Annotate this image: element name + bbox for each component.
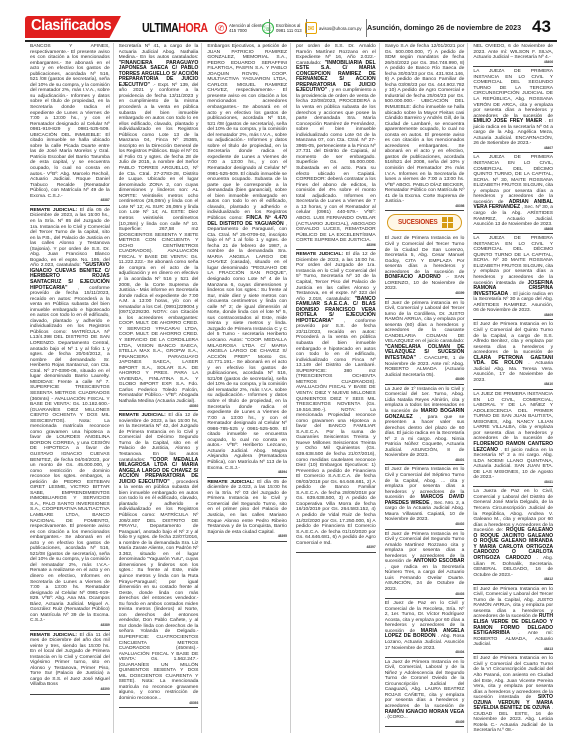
notice-text: El Juez de Primera Instancia en lo Civil… xyxy=(473,322,553,355)
legal-notice: BANCOS Y AFINES, respectivamente.- El pr… xyxy=(30,43,110,206)
notice-code: 48412 xyxy=(473,578,553,582)
notice-code: 48396 xyxy=(296,244,376,248)
column-3: Embargos Ejecutivos, a petición de JUAN … xyxy=(207,43,291,733)
legal-notice: REMATE JUDICIAL: El día 11 del mes de Di… xyxy=(30,632,110,695)
legal-notice: LA JUEZA DE PRIMERA INSTANCIA EN LO CIVI… xyxy=(473,235,553,320)
notice-text: El día 12 de Diciembre de 2023, a las 15… xyxy=(296,252,376,301)
notice-code: 48387 xyxy=(30,199,110,203)
mail-icon: ✉ xyxy=(305,22,317,34)
notice-lead: REMATE JUDICIAL: xyxy=(30,633,77,638)
notice-text: LA JUEZ DE PRIMERA INSTANCIA EN LO CIVIL… xyxy=(473,392,553,441)
notice-lead: REMATE JUDICIAL: xyxy=(119,413,166,418)
notice-text-continued: , que radica en la Secretaría Número Tre… xyxy=(385,565,465,592)
notice-case-title: EMILIO JOSE FREY MAIER xyxy=(473,118,542,124)
section-header-label: SUCESIONES xyxy=(398,219,438,226)
legal-notice: LA JUEZA DE PRIMERA INSTANCIA EN LO CIVI… xyxy=(473,68,553,153)
houses-icon xyxy=(442,217,453,228)
notice-text: El día 12 de noviembre de 2023, a las 15… xyxy=(119,413,199,462)
notice-text: LA JUEZA DE PRIMERA INSTANCIA EN LO CIVI… xyxy=(473,69,553,118)
column-6: NEL OVIEDO, 6 de Noviembre de 2023. Ante… xyxy=(473,43,556,733)
notice-case-title: ANTONIO ESCOBAR xyxy=(413,558,464,564)
notice-code: 48392 xyxy=(119,405,199,409)
notice-text: NEL OVIEDO, 6 de Noviembre de 2023. Ante… xyxy=(473,44,553,60)
email-contact: ✉ avisos@uhora.com.py xyxy=(305,19,367,37)
notice-code: 48413 xyxy=(473,648,553,652)
notice-code: 48393 xyxy=(119,702,199,706)
notice-text: La Juez de Primera Instancia en lo Civil… xyxy=(385,660,465,709)
legal-notice: El Juez de Primera Instancia en lo Civil… xyxy=(385,235,465,298)
notice-code: 48399 xyxy=(385,292,465,296)
classifieds-columns: BANCOS Y AFINES, respectivamente.- El pr… xyxy=(30,43,556,733)
legal-notice: El Juez de Paz en lo Civil y Comercial d… xyxy=(385,600,465,658)
notice-text-continued: , procederá a la venta en pública subast… xyxy=(119,480,199,701)
notice-text-continued: , para que se presenten a hacer valer su… xyxy=(385,415,465,459)
notice-lead: REMATE JUDICIAL: xyxy=(207,480,254,485)
notice-text: El día 05 de Diciembre de 2023, a las 15… xyxy=(30,208,110,268)
notice-code: 48397 xyxy=(296,546,376,550)
column-2: Secretaría Nº 41, a cargo de la Actuaria… xyxy=(119,43,203,733)
legal-notice: Sanyo S.A de fecha 12/01/2021 por Gs. 50… xyxy=(385,43,465,211)
notice-code: 48409 xyxy=(473,314,553,318)
notice-text-continued: . (CORO... xyxy=(385,715,408,720)
notice-text-continued: , y en cumplimiento a la providencia de … xyxy=(296,88,376,243)
notice-code: 48395 xyxy=(207,535,287,539)
legal-notice: por orden de S.S. Dr. Arnaldo Ramón Mart… xyxy=(296,43,376,250)
notice-code: 48405 xyxy=(385,721,465,725)
column-1: BANCOS Y AFINES, respectivamente.- El pr… xyxy=(30,43,114,733)
notice-code: 48406 xyxy=(473,61,553,65)
notice-code: 48403 xyxy=(385,593,465,597)
whatsapp-contact: ☏ Escribinos al0981 111 013 xyxy=(262,19,307,37)
legal-notice: El Juez de primera instancia en lo Civil… xyxy=(385,300,465,385)
header-divider xyxy=(25,40,557,42)
notice-text-continued: .- Expt. Nº 139, del año 2021 y conforme… xyxy=(119,83,199,404)
notice-code: 48411 xyxy=(473,481,553,485)
notice-text: El día 11 del mes de Diciembre del año d… xyxy=(30,633,110,688)
notice-text: El día 05 de diciembre de 2.023, a las 1… xyxy=(207,480,287,535)
legal-notice: La Jueza de Paz en lo Civil, Comercial y… xyxy=(473,488,553,584)
notice-text: Sanyo S.A de fecha 12/01/2021 por Gs. 50… xyxy=(385,44,465,204)
legal-notice: El Juez de Primera Instancia en lo Civil… xyxy=(473,321,553,390)
section-header-sucesiones: SUCESIONES xyxy=(387,214,463,231)
legal-notice: El Juez de Primera Instancia en lo Civil… xyxy=(385,531,465,600)
newspaper-logo: ULTIMAHORA xyxy=(142,21,208,35)
notice-text: LA JUEZA DE PRIMERA INSTANCIA EN LO CIVI… xyxy=(473,155,553,204)
notice-text: El Juez de Primera Instancia en lo Civil… xyxy=(385,236,465,274)
page-header: Clasificados ULTIMAHORA ✆ Atención al cl… xyxy=(25,14,557,40)
legal-notice: La Juez de 1º Instancia en lo Civil y Co… xyxy=(385,386,465,466)
notice-code: 48401 xyxy=(385,459,465,463)
legal-notice: El Juez de Primera Instancia en lo Civil… xyxy=(385,466,465,529)
notice-text: Embargos Ejecutivos, a petición de JUAN … xyxy=(207,44,287,221)
notice-code: 48402 xyxy=(385,523,465,527)
notice-code: 48398 xyxy=(385,205,465,209)
section-title: Clasificados xyxy=(31,17,111,35)
legal-notice: REMATE JUDICIAL: El día 12 de Diciembre … xyxy=(296,251,376,553)
notice-code: 48410 xyxy=(473,383,553,387)
section-title-banner: Clasificados xyxy=(25,16,121,38)
notice-text: El Juez de primera instancia en lo Civil… xyxy=(385,301,465,345)
notice-code: 48404 xyxy=(385,651,465,655)
legal-notice: El Juez de Primera Instancia en lo Civil… xyxy=(473,586,553,655)
legal-notice: LA JUEZA DE PRIMERA INSTANCIA EN LO CIVI… xyxy=(473,154,553,234)
legal-notice: La Juez de Primera Instancia en lo Civil… xyxy=(385,659,465,728)
notice-code: 48408 xyxy=(473,228,553,232)
notice-text: Secretaría Nº 41, a cargo de la Actuaria… xyxy=(119,44,199,60)
legal-notice: Embargos Ejecutivos, a petición de JUAN … xyxy=(207,43,287,478)
notice-case-title: BONIFACIO ADORNO xyxy=(385,274,441,280)
notice-text-continued: , conforme proveído de fecha 15/11/2023,… xyxy=(30,286,110,624)
notice-case-title: RAMÓN IGNACIO MORAN VEGA xyxy=(385,709,465,715)
notice-text-continued: , Departamento de Paraguarí, con Cta. Ct… xyxy=(207,222,287,471)
notice-text: BANCOS Y AFINES, respectivamente.- El pr… xyxy=(30,44,110,199)
legal-notice: REMATE JUDICIAL: El día 05 de Diciembre … xyxy=(30,207,110,631)
legal-notice: REMATE JUDICIAL: El día 12 de noviembre … xyxy=(119,412,199,708)
legal-notice: Secretaría Nº 41, a cargo de la Actuaria… xyxy=(119,43,199,411)
publication-date: Asunción, domingo 26 de noviembre de 202… xyxy=(367,23,521,32)
phone-icon: ✆ xyxy=(215,22,227,34)
legal-notice: NEL OVIEDO, 6 de Noviembre de 2023. Ante… xyxy=(473,43,553,67)
notice-lead: REMATE JUDICIAL: xyxy=(296,252,343,257)
notice-text-continued: . El juicio radica en la Secretaría Nº 2… xyxy=(473,448,553,481)
legal-notice: REMATE JUDICIAL: El día 05 de diciembre … xyxy=(207,479,287,542)
column-5: Sanyo S.A de fecha 12/01/2021 por Gs. 50… xyxy=(385,43,469,733)
notice-text-continued: , conforme proveído por S.S. de fecha 23… xyxy=(296,319,376,546)
notice-text: LA JUEZA DE PRIMERA INSTANCIA EN LO CIVI… xyxy=(473,236,553,285)
notice-code: 48407 xyxy=(473,147,553,151)
legal-notice: El Juez de Primera Instancia en lo Civil… xyxy=(473,655,553,733)
notice-code: 48394 xyxy=(207,471,287,475)
notice-code: 48390 xyxy=(30,688,110,692)
legal-notice: LA JUEZ DE PRIMERA INSTANCIA EN LO CIVIL… xyxy=(473,391,553,487)
page-number: 43 xyxy=(532,17,551,37)
column-4: por orden de S.S. Dr. Arnaldo Ramón Mart… xyxy=(296,43,380,733)
whatsapp-icon: ☏ xyxy=(262,22,274,34)
notice-code: 48400 xyxy=(385,378,465,382)
notice-code: 48389 xyxy=(30,624,110,628)
